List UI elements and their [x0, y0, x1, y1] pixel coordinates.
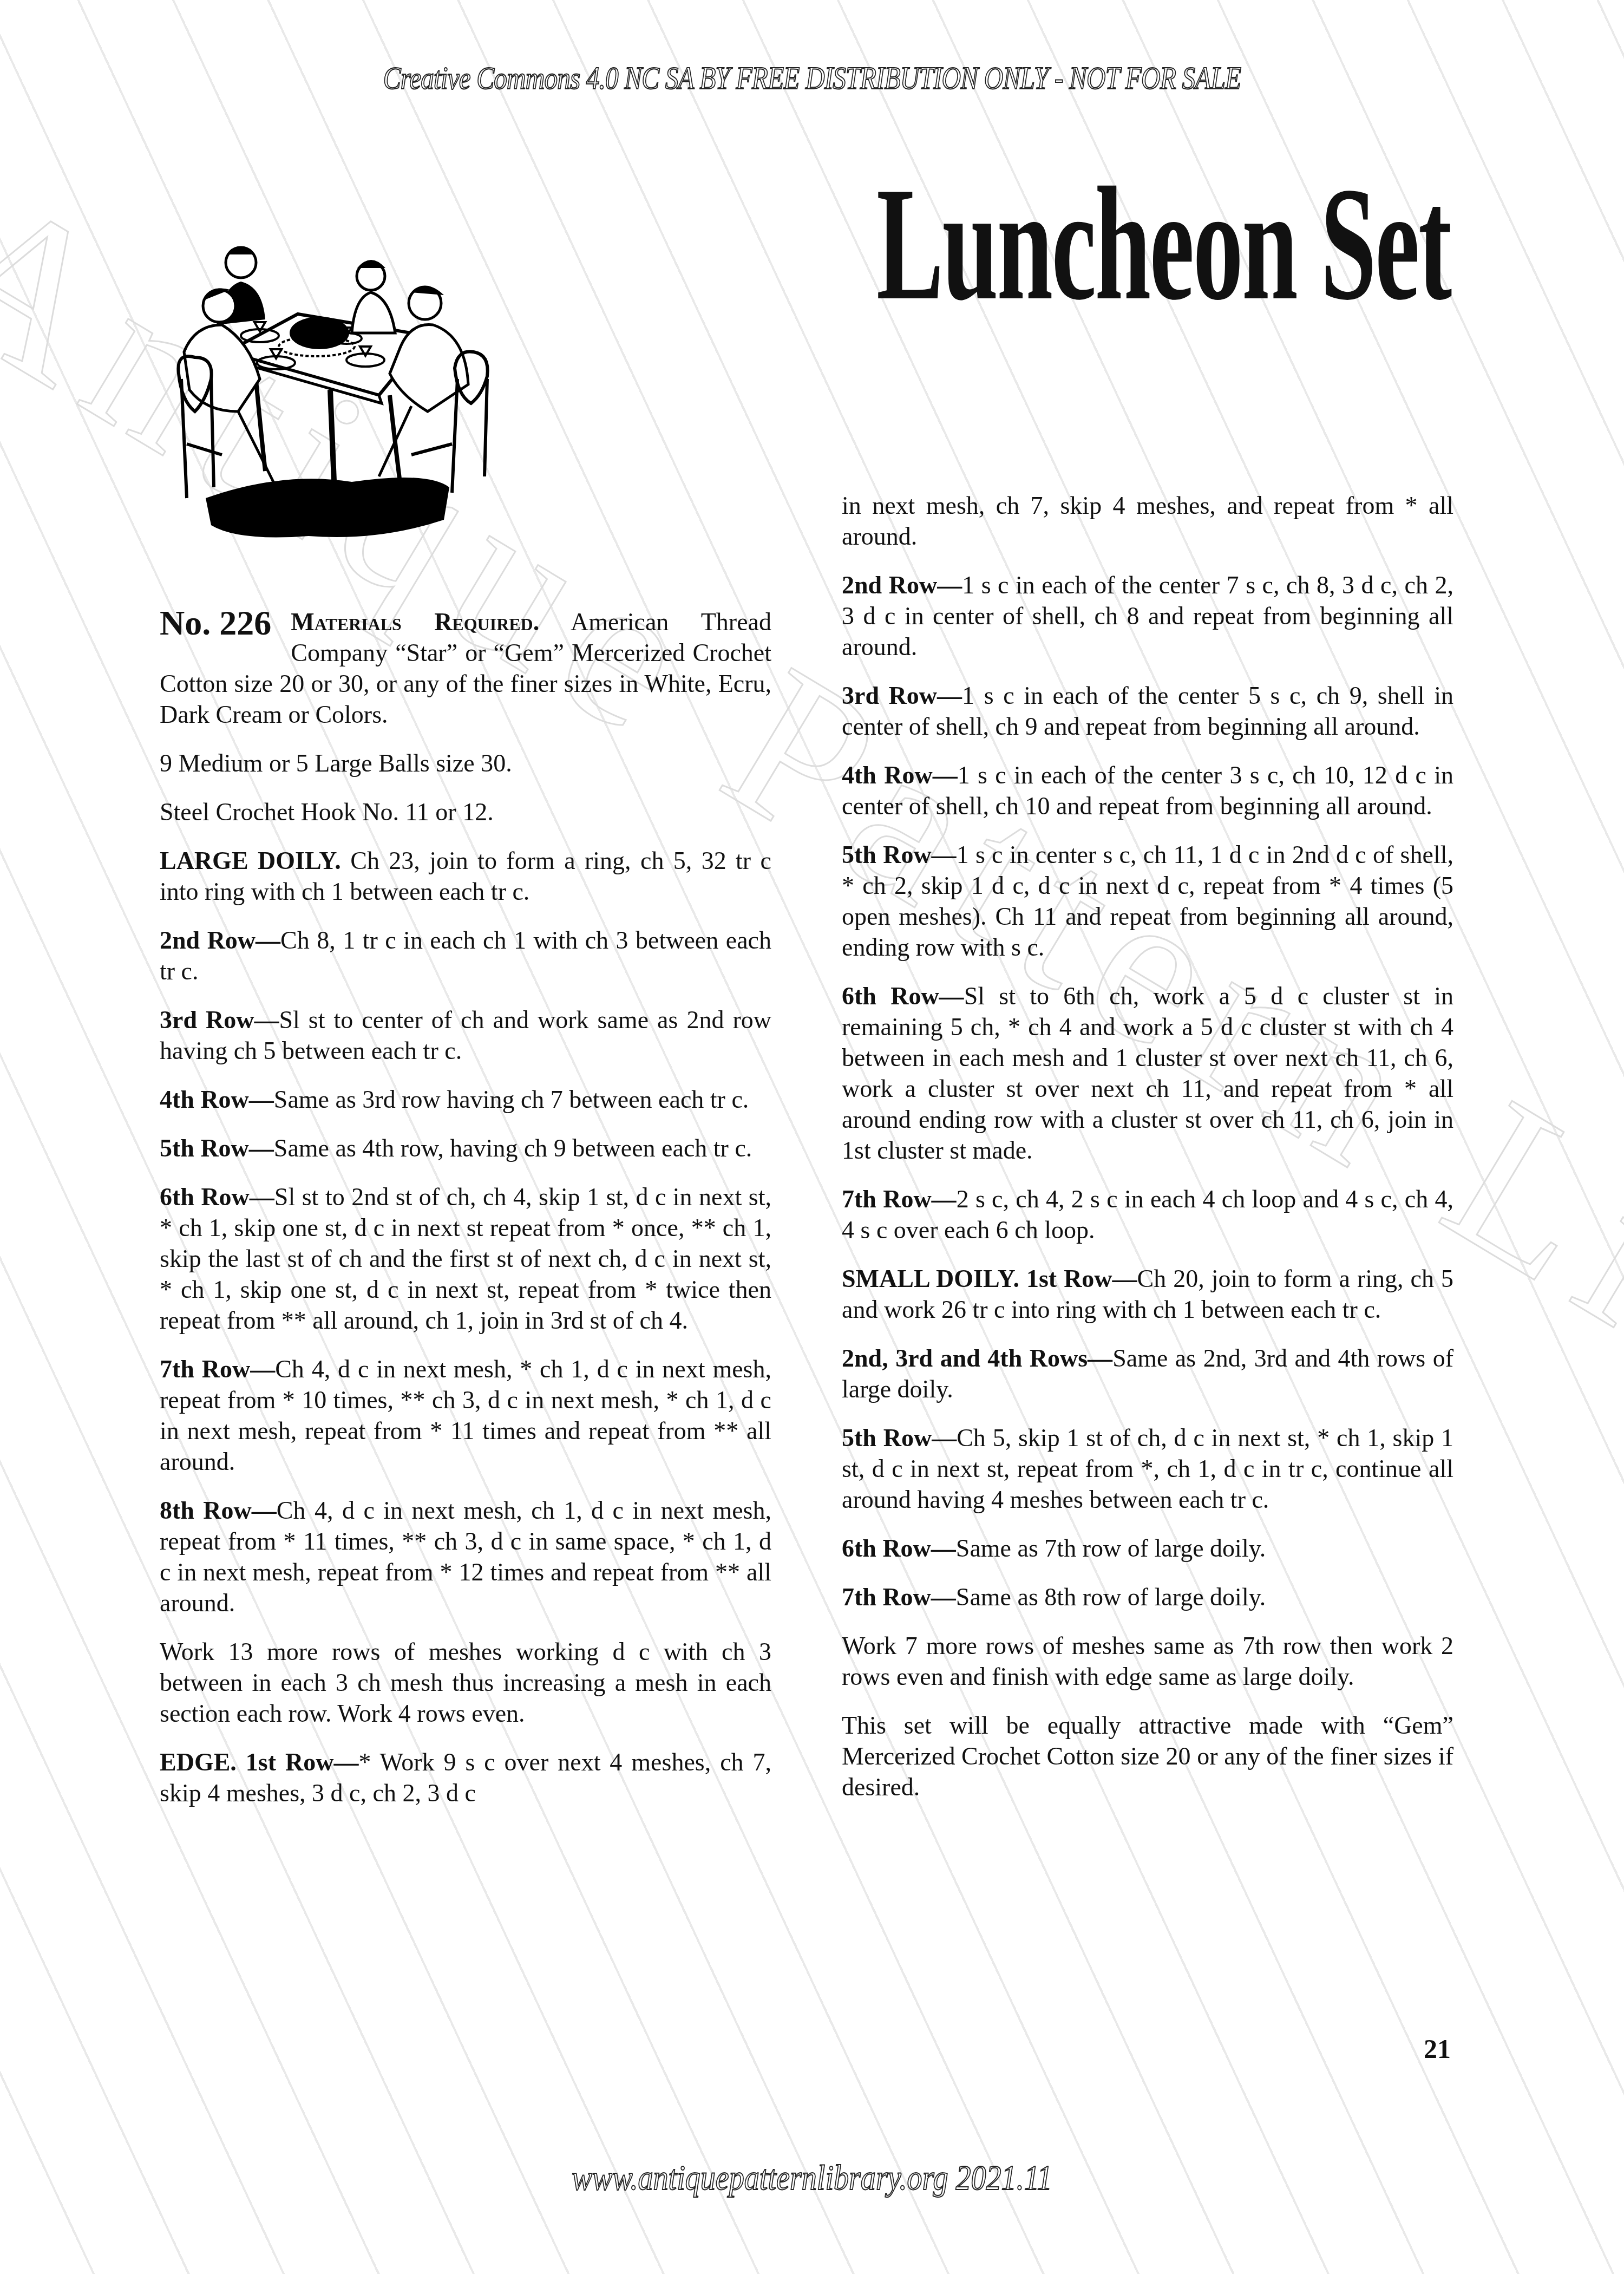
instruction-step: This set will be equally attractive made… — [842, 1710, 1453, 1802]
instruction-row-label: 3rd Row— — [160, 1006, 279, 1034]
pattern-number: No. 226 — [160, 606, 271, 640]
instruction-step: 4th Row—Same as 3rd row having ch 7 betw… — [160, 1084, 771, 1115]
instruction-step: EDGE. 1st Row—* Work 9 s c over next 4 m… — [160, 1747, 771, 1808]
instruction-text: Work 13 more rows of meshes working d c … — [160, 1638, 771, 1727]
left-instruction-list: LARGE DOILY. Ch 23, join to form a ring,… — [160, 845, 771, 1808]
instruction-row-label: 2nd Row— — [842, 571, 962, 599]
instruction-row-label: SMALL DOILY. 1st Row— — [842, 1265, 1137, 1292]
right-instruction-list: in next mesh, ch 7, skip 4 meshes, and r… — [842, 490, 1453, 1802]
instructions-left-column: No. 226 Materials Required. American Thr… — [160, 606, 771, 1826]
instruction-step: 6th Row—Same as 7th row of large doily. — [842, 1533, 1453, 1564]
instructions-right-column: in next mesh, ch 7, skip 4 meshes, and r… — [842, 490, 1453, 1820]
instruction-step: 5th Row—Ch 5, skip 1 st of ch, d c in ne… — [842, 1422, 1453, 1515]
instruction-step: 3rd Row—1 s c in each of the center 5 s … — [842, 680, 1453, 742]
balls-required: 9 Medium or 5 Large Balls size 30. — [160, 748, 771, 779]
page-title: Luncheon Set — [876, 162, 1451, 325]
instruction-step: 4th Row—1 s c in each of the center 3 s … — [842, 760, 1453, 821]
instruction-step: LARGE DOILY. Ch 23, join to form a ring,… — [160, 845, 771, 907]
instruction-step: SMALL DOILY. 1st Row—Ch 20, join to form… — [842, 1263, 1453, 1325]
instruction-row-label: 4th Row— — [160, 1086, 274, 1113]
hook-size: Steel Crochet Hook No. 11 or 12. — [160, 796, 771, 827]
instruction-step: 2nd Row—1 s c in each of the center 7 s … — [842, 570, 1453, 662]
instruction-row-label: 6th Row— — [842, 982, 964, 1010]
page-number: 21 — [1424, 2033, 1451, 2064]
instruction-text: Same as 7th row of large doily. — [956, 1534, 1266, 1562]
instruction-step: 5th Row—1 s c in center s c, ch 11, 1 d … — [842, 839, 1453, 963]
instruction-row-label: LARGE DOILY. — [160, 847, 350, 874]
instruction-step: 8th Row—Ch 4, d c in next mesh, ch 1, d … — [160, 1495, 771, 1618]
instruction-row-label: 5th Row— — [160, 1134, 274, 1162]
instruction-row-label: EDGE. 1st Row— — [160, 1748, 358, 1776]
instruction-step: 2nd Row—Ch 8, 1 tr c in each ch 1 with c… — [160, 925, 771, 986]
instruction-step: in next mesh, ch 7, skip 4 meshes, and r… — [842, 490, 1453, 552]
instruction-text: Work 7 more rows of meshes same as 7th r… — [842, 1632, 1453, 1690]
instruction-row-label: 3rd Row— — [842, 682, 962, 709]
instruction-step: 6th Row—Sl st to 2nd st of ch, ch 4, ski… — [160, 1181, 771, 1336]
instruction-row-label: 2nd Row— — [160, 926, 280, 954]
document-page: Creative Commons 4.0 NC SA BY FREE DISTR… — [0, 0, 1624, 2274]
instruction-row-label: 5th Row— — [842, 841, 957, 868]
instruction-text: in next mesh, ch 7, skip 4 meshes, and r… — [842, 492, 1453, 550]
instruction-step: Work 7 more rows of meshes same as 7th r… — [842, 1630, 1453, 1692]
materials-label: Materials Required. — [291, 608, 539, 636]
instruction-step: 7th Row—Ch 4, d c in next mesh, * ch 1, … — [160, 1354, 771, 1477]
instruction-row-label: 7th Row— — [160, 1355, 275, 1383]
instruction-row-label: 7th Row— — [842, 1185, 957, 1213]
instruction-text: Same as 3rd row having ch 7 between each… — [274, 1086, 749, 1113]
materials-paragraph: No. 226 Materials Required. American Thr… — [160, 606, 771, 730]
instruction-step: 7th Row—Same as 8th row of large doily. — [842, 1582, 1453, 1612]
instruction-row-label: 6th Row— — [842, 1534, 956, 1562]
instruction-row-label: 6th Row— — [160, 1183, 274, 1211]
instruction-step: 5th Row—Same as 4th row, having ch 9 bet… — [160, 1133, 771, 1164]
instruction-step: Work 13 more rows of meshes working d c … — [160, 1636, 771, 1729]
women-dining-at-table-illustration — [173, 217, 525, 568]
instruction-row-label: 4th Row— — [842, 761, 958, 789]
instruction-step: 3rd Row—Sl st to center of ch and work s… — [160, 1004, 771, 1066]
instruction-text: Same as 4th row, having ch 9 between eac… — [274, 1134, 752, 1162]
footer-url-stamp: www.antiquepatternlibrary.org 2021.11 — [490, 2158, 1134, 2199]
instruction-row-label: 5th Row— — [842, 1424, 957, 1452]
instruction-text: This set will be equally attractive made… — [842, 1711, 1453, 1801]
instruction-row-label: 2nd, 3rd and 4th Rows— — [842, 1344, 1112, 1372]
license-notice: Creative Commons 4.0 NC SA BY FREE DISTR… — [279, 60, 1345, 97]
instruction-row-label: 7th Row— — [842, 1583, 956, 1611]
instruction-text: Same as 8th row of large doily. — [956, 1583, 1266, 1611]
instruction-row-label: 8th Row— — [160, 1497, 277, 1524]
instruction-step: 6th Row—Sl st to 6th ch, work a 5 d c cl… — [842, 981, 1453, 1166]
instruction-step: 7th Row—2 s c, ch 4, 2 s c in each 4 ch … — [842, 1184, 1453, 1245]
instruction-step: 2nd, 3rd and 4th Rows—Same as 2nd, 3rd a… — [842, 1343, 1453, 1404]
